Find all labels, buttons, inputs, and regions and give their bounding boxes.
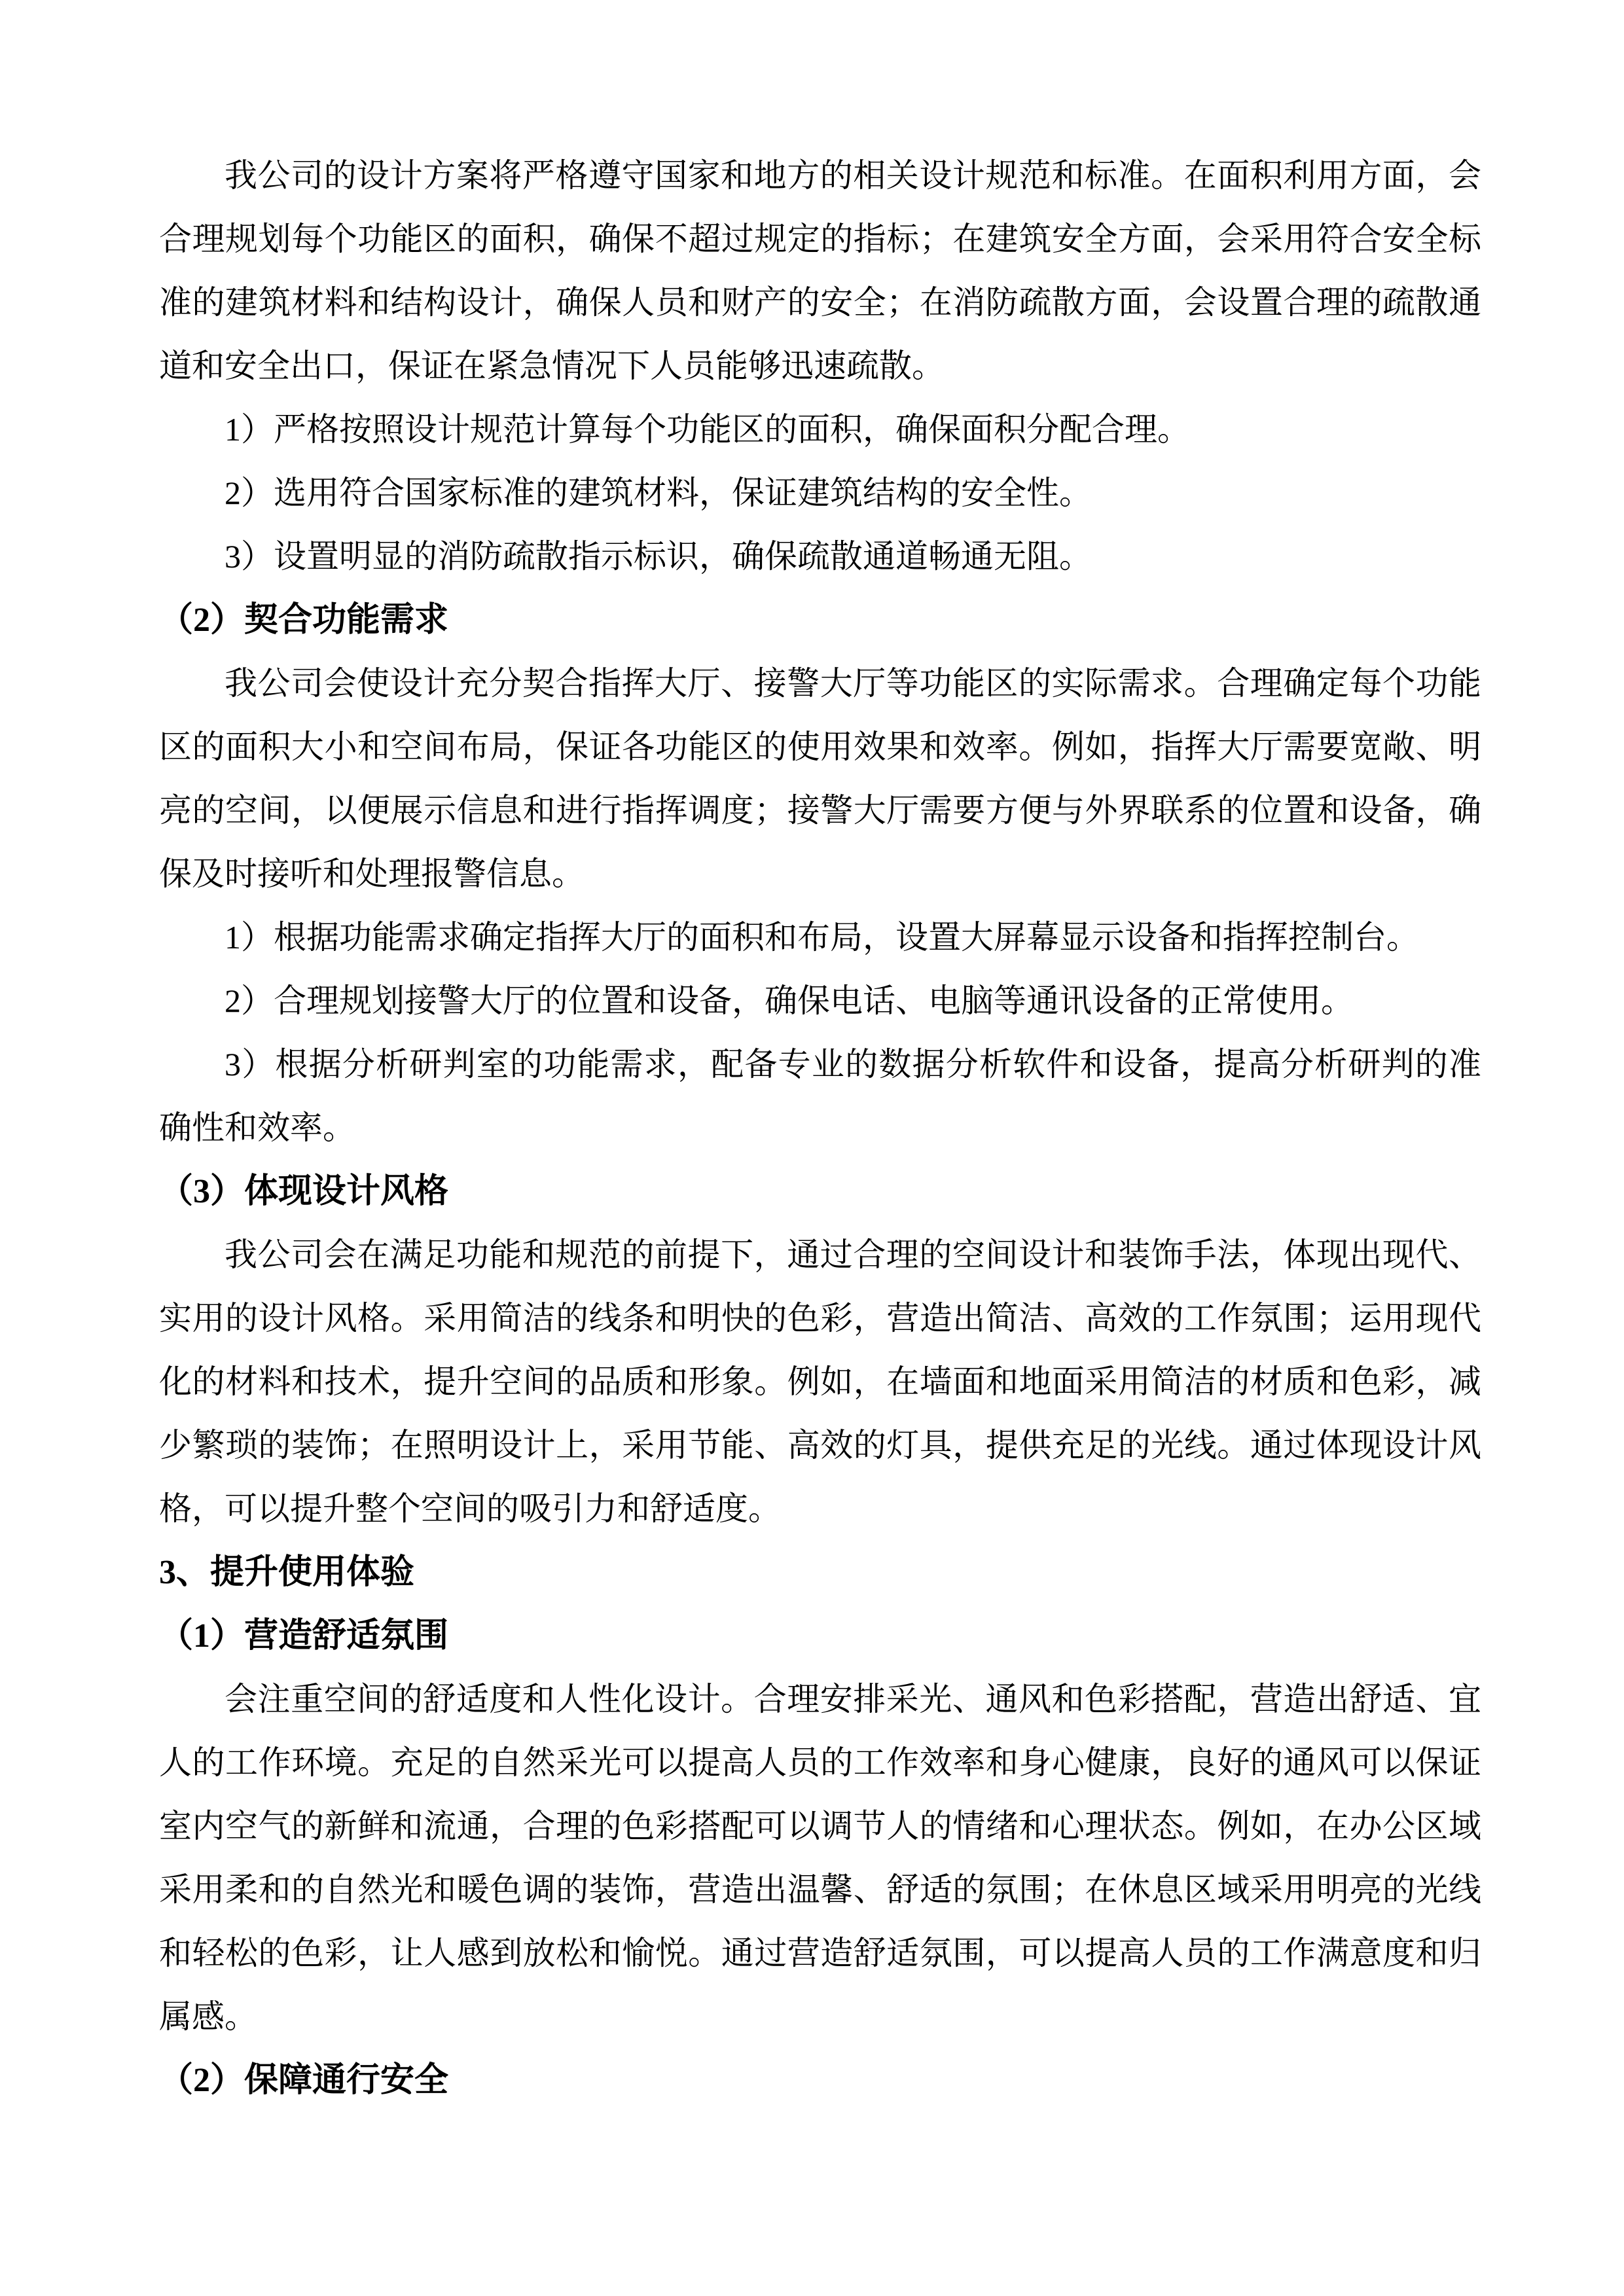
- heading-comfort-atmosphere: （1）营造舒适氛围: [159, 1604, 1481, 1668]
- paragraph-regulations: 我公司的设计方案将严格遵守国家和地方的相关设计规范和标准。在面积利用方面，会合理…: [159, 144, 1481, 398]
- list-item-analysis-room: 3）根据分析研判室的功能需求，配备专业的数据分析软件和设备，提高分析研判的准确性…: [159, 1033, 1481, 1160]
- list-item-materials-standard: 2）选用符合国家标准的建筑材料，保证建筑结构的安全性。: [159, 461, 1481, 525]
- paragraph-functional-needs: 我公司会使设计充分契合指挥大厅、接警大厅等功能区的实际需求。合理确定每个功能区的…: [159, 652, 1481, 906]
- paragraph-comfort-atmosphere: 会注重空间的舒适度和人性化设计。合理安排采光、通风和色彩搭配，营造出舒适、宜人的…: [159, 1668, 1481, 2049]
- list-item-alarm-hall: 2）合理规划接警大厅的位置和设备，确保电话、电脑等通讯设备的正常使用。: [159, 969, 1481, 1033]
- list-item-evacuation-signs: 3）设置明显的消防疏散指示标识，确保疏散通道畅通无阻。: [159, 525, 1481, 588]
- heading-design-style: （3）体现设计风格: [159, 1160, 1481, 1223]
- heading-improve-experience: 3、提升使用体验: [159, 1541, 1481, 1604]
- heading-passage-safety: （2）保障通行安全: [159, 2049, 1481, 2112]
- heading-functional-needs: （2）契合功能需求: [159, 588, 1481, 652]
- paragraph-design-style: 我公司会在满足功能和规范的前提下，通过合理的空间设计和装饰手法，体现出现代、实用…: [159, 1223, 1481, 1541]
- list-item-area-calculation: 1）严格按照设计规范计算每个功能区的面积，确保面积分配合理。: [159, 398, 1481, 461]
- document-page: 我公司的设计方案将严格遵守国家和地方的相关设计规范和标准。在面积利用方面，会合理…: [0, 0, 1624, 2296]
- list-item-command-hall: 1）根据功能需求确定指挥大厅的面积和布局，设置大屏幕显示设备和指挥控制台。: [159, 906, 1481, 969]
